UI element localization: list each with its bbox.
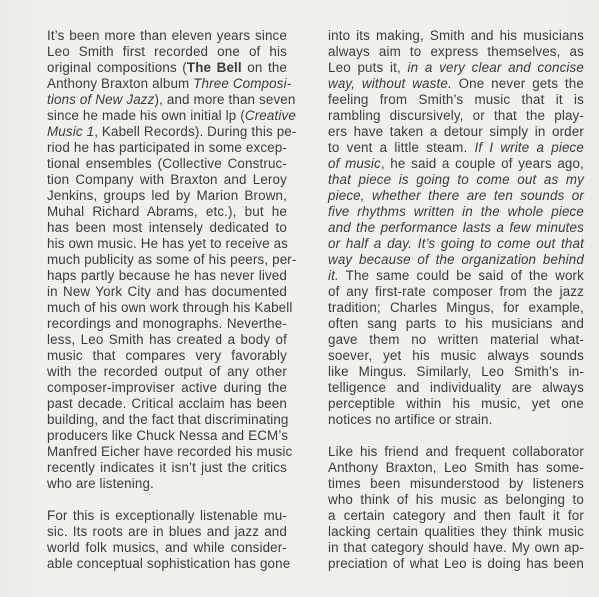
text-segment: haps partly because he has never lived bbox=[47, 268, 287, 283]
text-segment: building, and the fact that discriminati… bbox=[47, 412, 289, 427]
text-segment: tion Company with Braxton and Leroy bbox=[47, 172, 287, 187]
text-segment: Manfred Eicher have recorded his music bbox=[47, 444, 292, 459]
text-segment: who are listening. bbox=[47, 476, 154, 491]
right-column: into its making, Smith and his musicians… bbox=[328, 28, 584, 588]
text-line: who are listening. bbox=[47, 476, 287, 492]
text-segment: Leo Smith first recorded one of his bbox=[47, 44, 287, 59]
text-segment: lacking certain qualities they think mus… bbox=[328, 524, 584, 539]
text-line: since he made his own initial lp (Creati… bbox=[47, 108, 287, 124]
text-segment: often sang parts to his musicians and bbox=[328, 316, 584, 331]
text-line: who think of his music as belonging to bbox=[328, 492, 584, 508]
text-line: able conceptual sophistication has gone bbox=[47, 556, 287, 572]
text-line: five rhythms written in the whole piece bbox=[328, 204, 584, 220]
text-segment: feeling from Smith’s music that it is bbox=[328, 92, 584, 107]
text-line: sic. Its roots are in blues and jazz and bbox=[47, 524, 287, 540]
text-segment: like Mingus. Similarly, Leo Smith’s in- bbox=[328, 364, 584, 379]
text-segment: ers have taken a detour simply in order bbox=[328, 124, 584, 139]
text-segment: tional ensembles (Collective Construc- bbox=[47, 156, 287, 171]
text-line: like Mingus. Similarly, Leo Smith’s in- bbox=[328, 364, 584, 380]
text-line: producers like Chuck Nessa and ECM’s bbox=[47, 428, 287, 444]
text-segment: sic. Its roots are in blues and jazz and bbox=[47, 524, 287, 539]
italic-text: in a very clear and concise bbox=[408, 60, 584, 75]
text-line: always aim to express themselves, as bbox=[328, 44, 584, 60]
text-line: Leo puts it, in a very clear and concise bbox=[328, 60, 584, 76]
italic-text: way, without waste. bbox=[328, 76, 452, 91]
text-line: way, without waste. One never gets the bbox=[328, 76, 584, 92]
text-line: to vent a little steam. If I write a pie… bbox=[328, 140, 584, 156]
text-line: recently indicates it isn’t just the cri… bbox=[47, 460, 287, 476]
text-segment: soever, yet his music always sounds bbox=[328, 348, 584, 363]
text-line: building, and the fact that discriminati… bbox=[47, 412, 287, 428]
text-line: notices no artifice or strain. bbox=[328, 412, 584, 428]
text-segment: producers like Chuck Nessa and ECM’s bbox=[47, 428, 288, 443]
text-line: that piece is going to come out as my bbox=[328, 172, 584, 188]
text-line: riod he has participated in some excep- bbox=[47, 140, 287, 156]
text-segment: to vent a little steam. bbox=[328, 140, 474, 155]
text-line: Leo Smith first recorded one of his bbox=[47, 44, 287, 60]
text-segment: of any first-rate composer from the jazz bbox=[328, 284, 584, 299]
text-line: tions of New Jazz), and more than seven bbox=[47, 92, 287, 108]
text-segment: Anthony Braxton album bbox=[47, 76, 193, 91]
paragraph: For this is exceptionally listenable mu-… bbox=[47, 508, 287, 572]
text-line: it. The same could be said of the work bbox=[328, 268, 584, 284]
text-segment: times been misunderstood by listeners bbox=[328, 476, 584, 491]
text-line: composer-improviser active during the bbox=[47, 380, 287, 396]
text-segment: always aim to express themselves, as bbox=[328, 44, 584, 59]
bold-title: The Bell bbox=[187, 60, 242, 75]
text-line: Muhal Richard Abrams, etc.), but he bbox=[47, 204, 287, 220]
text-line: tradition; Charles Mingus, for example, bbox=[328, 300, 584, 316]
text-segment: Jenkins, groups led by Marion Brown, bbox=[47, 188, 287, 203]
text-line: much publicity as some of his peers, per… bbox=[47, 252, 287, 268]
text-segment: his own music. He has yet to receive as bbox=[47, 236, 288, 251]
text-line: of music, he said a couple of years ago, bbox=[328, 156, 584, 172]
text-line: piece, whether there are ten sounds or bbox=[328, 188, 584, 204]
text-segment: a certain category and then fault it for bbox=[328, 508, 584, 523]
liner-notes-page: It’s been more than eleven years sinceLe… bbox=[0, 0, 599, 597]
text-segment: world folk musics, and while consider- bbox=[47, 540, 287, 555]
left-column: It’s been more than eleven years sinceLe… bbox=[47, 28, 287, 588]
text-segment: who think of his music as belonging to bbox=[328, 492, 584, 507]
text-line: haps partly because he has never lived bbox=[47, 268, 287, 284]
text-line: Like his friend and frequent collaborato… bbox=[328, 444, 584, 460]
text-segment: gave them no written material what- bbox=[328, 332, 584, 347]
text-segment: perceptible within his music, yet one bbox=[328, 396, 584, 411]
text-segment: in that category should have. My own ap- bbox=[328, 540, 584, 555]
italic-text: of music bbox=[328, 156, 381, 171]
text-line: rambling discursively, or that the play- bbox=[328, 108, 584, 124]
text-segment: in New York City and has documented bbox=[47, 284, 287, 299]
text-line: in that category should have. My own ap- bbox=[328, 540, 584, 556]
italic-text: piece, whether there are ten sounds or bbox=[328, 188, 584, 203]
italic-text: Creative bbox=[245, 108, 296, 123]
text-line: Anthony Braxton album Three Composi- bbox=[47, 76, 287, 92]
text-line: For this is exceptionally listenable mu- bbox=[47, 508, 287, 524]
text-line: preciation of what Leo is doing has been bbox=[328, 556, 584, 572]
text-line: perceptible within his music, yet one bbox=[328, 396, 584, 412]
text-line: world folk musics, and while consider- bbox=[47, 540, 287, 556]
italic-text: tions of New Jazz bbox=[47, 92, 155, 107]
text-segment: much publicity as some of his peers, per… bbox=[47, 252, 297, 267]
text-line: times been misunderstood by listeners bbox=[328, 476, 584, 492]
text-segment: For this is exceptionally listenable mu- bbox=[47, 508, 287, 523]
text-line: gave them no written material what- bbox=[328, 332, 584, 348]
text-line: Anthony Braxton, Leo Smith has some- bbox=[328, 460, 584, 476]
text-line: ers have taken a detour simply in order bbox=[328, 124, 584, 140]
text-line: Music 1, Kabell Records). During this pe… bbox=[47, 124, 287, 140]
text-segment: One never gets the bbox=[452, 76, 584, 91]
italic-text: Music 1 bbox=[47, 124, 94, 139]
text-segment: with the recorded output of any other bbox=[47, 364, 287, 379]
text-segment: able conceptual sophistication has gone bbox=[47, 556, 290, 571]
text-segment: rambling discursively, or that the play- bbox=[328, 108, 584, 123]
italic-text: it. bbox=[328, 268, 339, 283]
text-segment: riod he has participated in some excep- bbox=[47, 140, 287, 155]
text-segment: much of his own work through his Kabell bbox=[47, 300, 293, 315]
text-segment: Muhal Richard Abrams, etc.), but he bbox=[47, 204, 287, 219]
italic-text: or half a day. It’s going to come out th… bbox=[328, 236, 584, 251]
italic-text: If I write a piece bbox=[474, 140, 584, 155]
text-segment: , Kabell Records). During this pe- bbox=[94, 124, 296, 139]
text-line: Manfred Eicher have recorded his music bbox=[47, 444, 287, 460]
text-line: soever, yet his music always sounds bbox=[328, 348, 584, 364]
text-segment: recently indicates it isn’t just the cri… bbox=[47, 460, 287, 475]
text-line: lacking certain qualities they think mus… bbox=[328, 524, 584, 540]
text-segment: into its making, Smith and his musicians bbox=[328, 28, 584, 43]
text-segment: Anthony Braxton, Leo Smith has some- bbox=[328, 460, 584, 475]
text-line: original compositions (The Bell on the bbox=[47, 60, 287, 76]
text-segment: has been most intensely dedicated to bbox=[47, 220, 287, 235]
text-line: of any first-rate composer from the jazz bbox=[328, 284, 584, 300]
text-line: much of his own work through his Kabell bbox=[47, 300, 287, 316]
text-segment: , he said a couple of years ago, bbox=[381, 156, 584, 171]
text-line: music that compares very favorably bbox=[47, 348, 287, 364]
text-segment: notices no artifice or strain. bbox=[328, 412, 493, 427]
text-segment: on the bbox=[242, 60, 287, 75]
italic-text: way because of the organization behind bbox=[328, 252, 584, 267]
text-line: tion Company with Braxton and Leroy bbox=[47, 172, 287, 188]
text-line: his own music. He has yet to receive as bbox=[47, 236, 287, 252]
text-segment: past decade. Critical acclaim has been bbox=[47, 396, 287, 411]
text-segment: telligence and individuality are always bbox=[328, 380, 584, 395]
text-line: feeling from Smith’s music that it is bbox=[328, 92, 584, 108]
italic-text: five rhythms written in the whole piece bbox=[328, 204, 584, 219]
italic-text: that piece is going to come out as my bbox=[328, 172, 584, 187]
text-segment: ), and more than seven bbox=[155, 92, 296, 107]
text-line: a certain category and then fault it for bbox=[328, 508, 584, 524]
text-segment: since he made his own initial lp ( bbox=[47, 108, 245, 123]
text-segment: Leo puts it, bbox=[328, 60, 408, 75]
text-line: has been most intensely dedicated to bbox=[47, 220, 287, 236]
text-segment: preciation of what Leo is doing has been bbox=[328, 556, 584, 571]
text-line: telligence and individuality are always bbox=[328, 380, 584, 396]
text-line: in New York City and has documented bbox=[47, 284, 287, 300]
italic-text: Three Composi- bbox=[193, 76, 291, 91]
text-line: way because of the organization behind bbox=[328, 252, 584, 268]
text-line: It’s been more than eleven years since bbox=[47, 28, 287, 44]
text-segment: Like his friend and frequent collaborato… bbox=[328, 444, 584, 459]
paragraph: Like his friend and frequent collaborato… bbox=[328, 444, 584, 572]
text-segment: music that compares very favorably bbox=[47, 348, 287, 363]
text-segment: recordings and monographs. Neverthe- bbox=[47, 316, 287, 331]
text-segment: It’s been more than eleven years since bbox=[47, 28, 287, 43]
text-segment: original compositions ( bbox=[47, 60, 187, 75]
italic-text: and the performance lasts a few minutes bbox=[328, 220, 584, 235]
text-line: into its making, Smith and his musicians bbox=[328, 28, 584, 44]
paragraph: It’s been more than eleven years sinceLe… bbox=[47, 28, 287, 492]
text-line: or half a day. It’s going to come out th… bbox=[328, 236, 584, 252]
text-segment: tradition; Charles Mingus, for example, bbox=[328, 300, 584, 315]
text-line: and the performance lasts a few minutes bbox=[328, 220, 584, 236]
text-line: Jenkins, groups led by Marion Brown, bbox=[47, 188, 287, 204]
text-line: with the recorded output of any other bbox=[47, 364, 287, 380]
paragraph: into its making, Smith and his musicians… bbox=[328, 28, 584, 428]
text-line: past decade. Critical acclaim has been bbox=[47, 396, 287, 412]
text-line: recordings and monographs. Neverthe- bbox=[47, 316, 287, 332]
text-line: often sang parts to his musicians and bbox=[328, 316, 584, 332]
text-segment: composer-improviser active during the bbox=[47, 380, 287, 395]
text-segment: less, Leo Smith has created a body of bbox=[47, 332, 287, 347]
text-line: tional ensembles (Collective Construc- bbox=[47, 156, 287, 172]
text-line: less, Leo Smith has created a body of bbox=[47, 332, 287, 348]
text-segment: The same could be said of the work bbox=[339, 268, 584, 283]
